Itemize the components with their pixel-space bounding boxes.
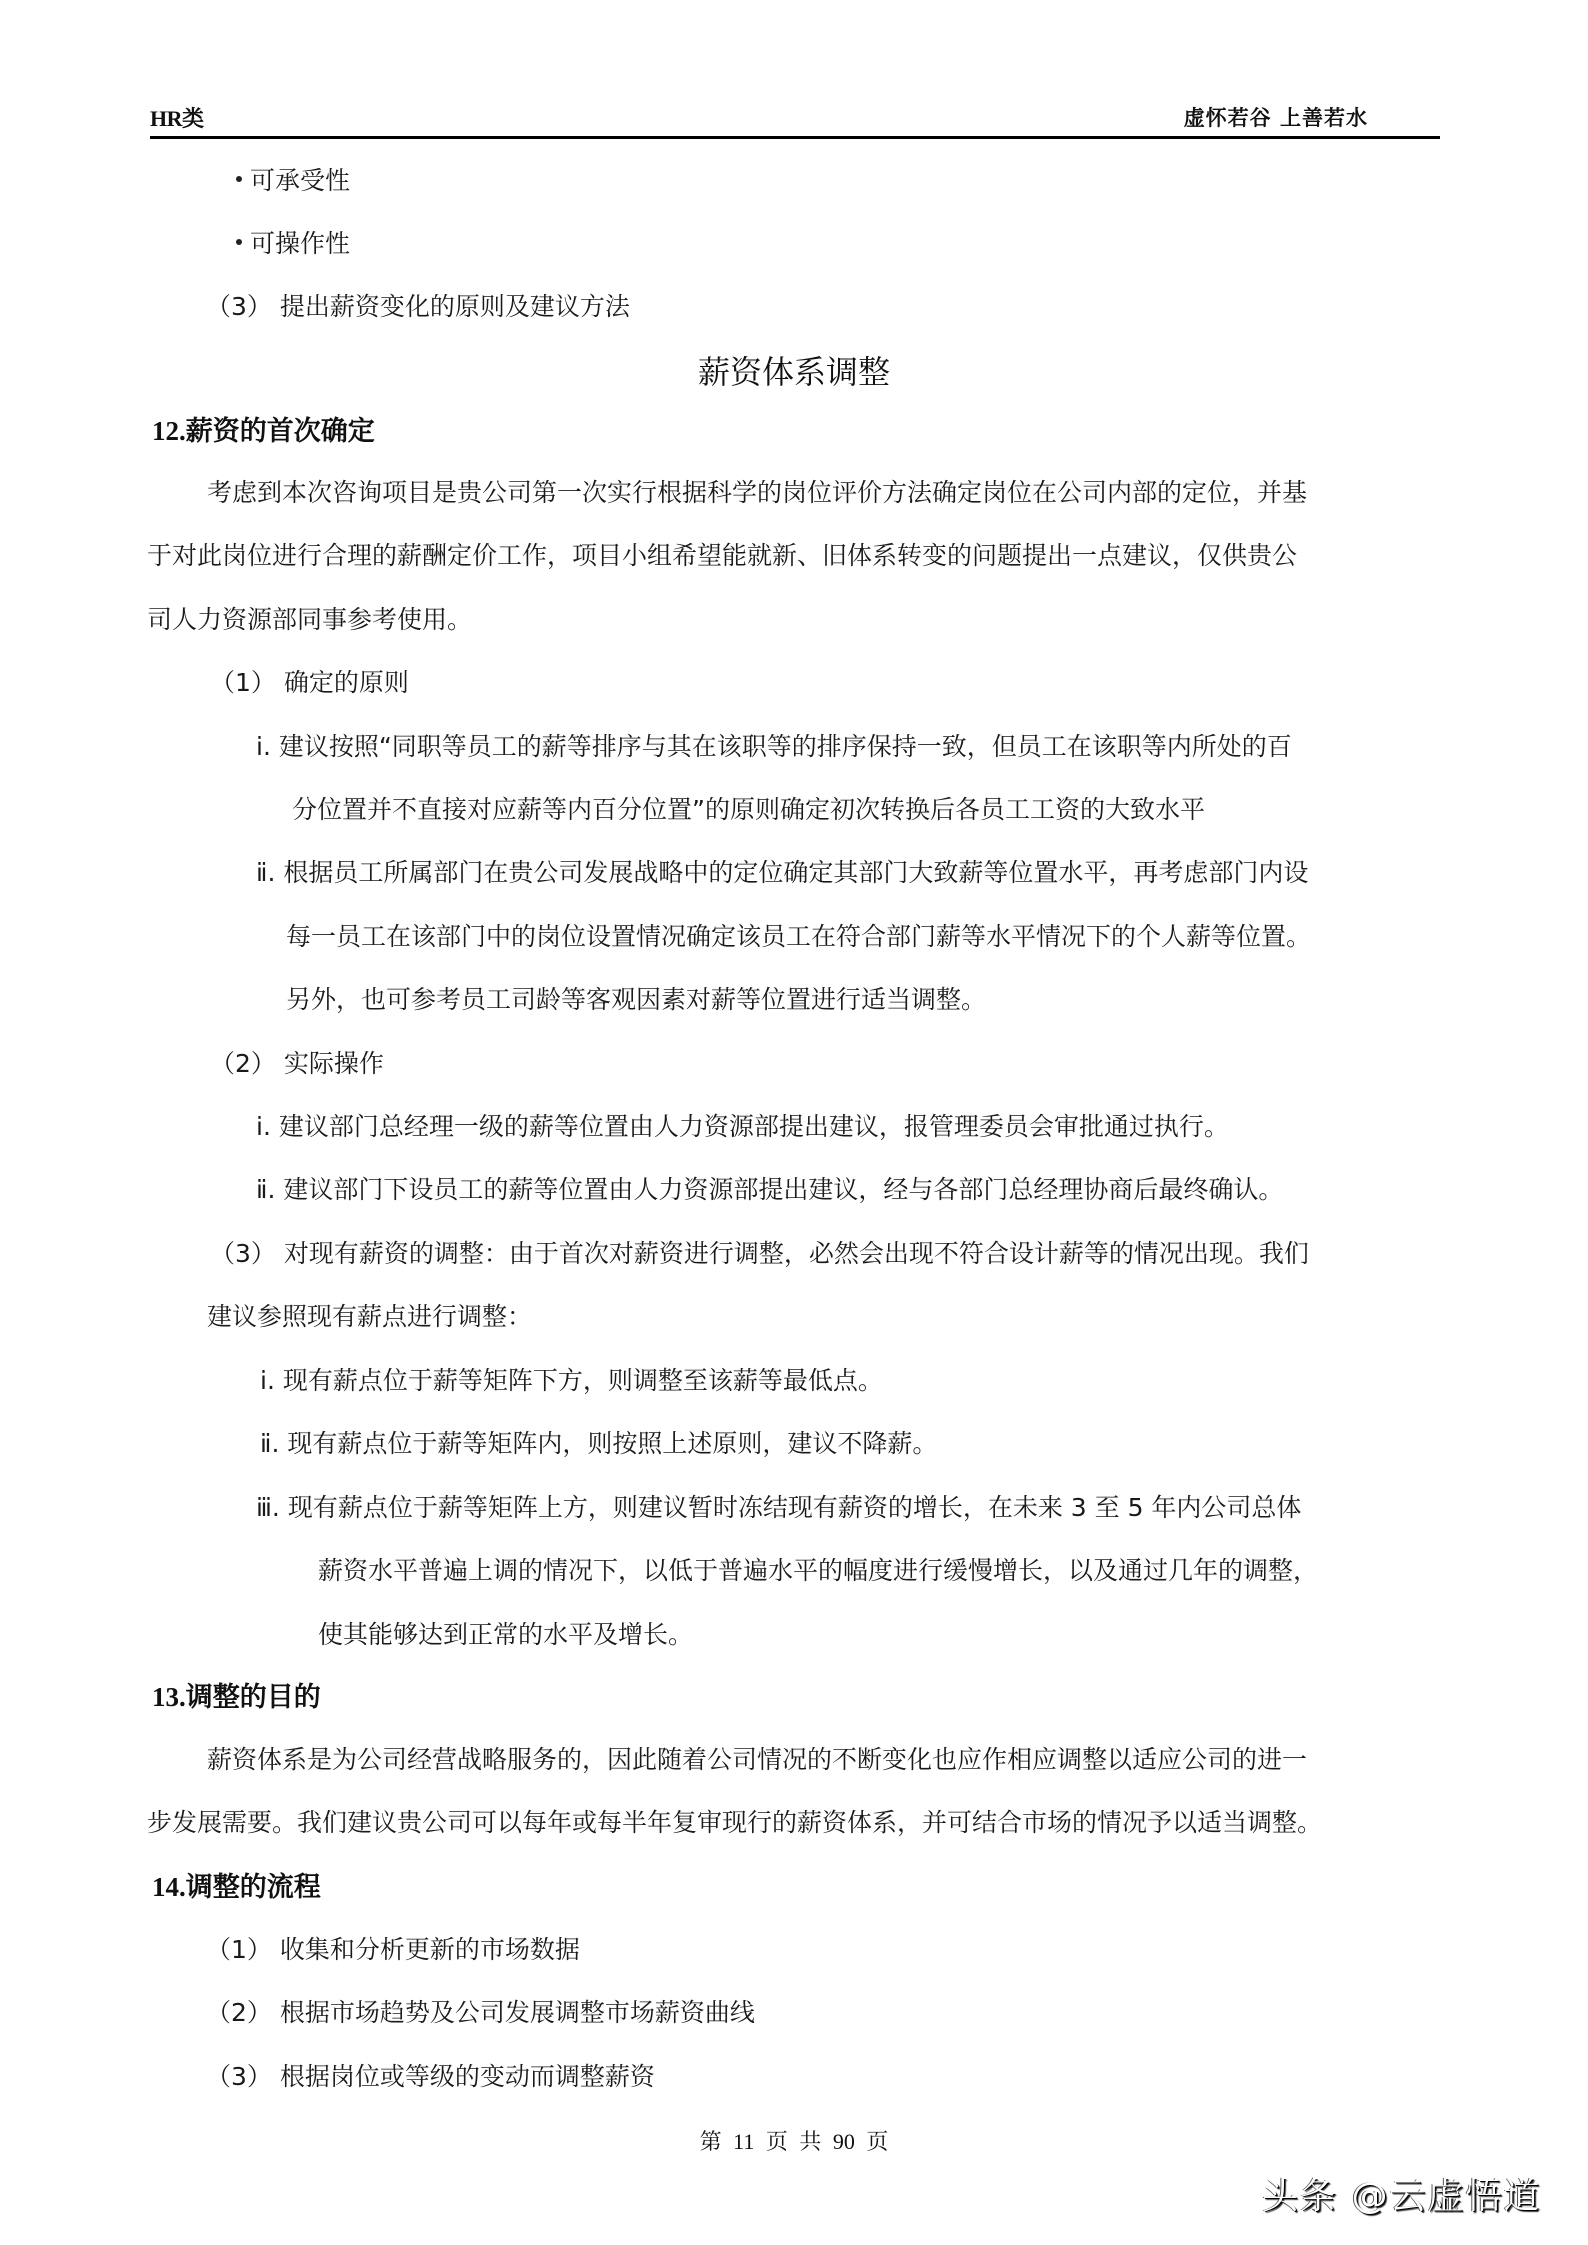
list-item-line: （1） 收集和分析更新的市场数据 (206, 1935, 580, 1965)
header-category: HR类 (150, 102, 204, 133)
paragraph-line: 于对此岗位进行合理的薪酬定价工作，项目小组希望能就新、旧体系转变的问题提出一点建… (147, 541, 1297, 571)
document-title: 薪资体系调整 (0, 352, 1588, 392)
paragraph-line: 步发展需要。我们建议贵公司可以每年或每半年复审现行的薪资体系，并可结合市场的情况… (147, 1808, 1322, 1838)
subsection-label: （1） 确定的原则 (210, 668, 409, 698)
list-item-line: ⅱ. 现有薪点位于薪等矩阵内，则按照上述原则，建议不降薪。 (260, 1429, 937, 1459)
list-item-line: ⅱ. 建议部门下设员工的薪等位置由人力资源部提出建议，经与各部门总经理协商后最终… (256, 1175, 1283, 1205)
list-item-line: 分位置并不直接对应薪等内百分位置”的原则确定初次转换后各员工工资的大致水平 (292, 795, 1205, 825)
section-heading-13: 13.调整的目的 (152, 1680, 321, 1715)
list-item-line: （2） 根据市场趋势及公司发展调整市场薪资曲线 (206, 1998, 755, 2028)
list-item-line: ⅰ. 建议部门总经理一级的薪等位置由人力资源部提出建议，报管理委员会审批通过执行… (256, 1112, 1229, 1142)
paragraph-line: 考虑到本次咨询项目是贵公司第一次实行根据科学的岗位评价方法确定岗位在公司内部的定… (207, 478, 1307, 508)
header-motto: 虚怀若谷 上善若水 (1184, 102, 1368, 132)
paragraph-line: 建议参照现有薪点进行调整： (207, 1302, 532, 1332)
list-item-line: ⅱ. 根据员工所属部门在贵公司发展战略中的定位确定其部门大致薪等位置水平，再考虑… (256, 858, 1308, 888)
section-heading-12: 12.薪资的首次确定 (152, 414, 375, 449)
list-item-line: 使其能够达到正常的水平及增长。 (318, 1620, 693, 1650)
bullet-icon (236, 239, 242, 245)
paragraph-line: 薪资体系是为公司经营战略服务的，因此随着公司情况的不断变化也应作相应调整以适应公… (207, 1745, 1307, 1775)
watermark: 头条 @云虚悟道 (1262, 2168, 1541, 2219)
list-item-line: （3） 根据岗位或等级的变动而调整薪资 (206, 2062, 655, 2092)
paragraph-line: （3） 对现有薪资的调整：由于首次对薪资进行调整，必然会出现不符合设计薪等的情况… (210, 1239, 1309, 1269)
list-item-line: 薪资水平普遍上调的情况下，以低于普遍水平的幅度进行缓慢增长，以及通过几年的调整， (318, 1556, 1318, 1586)
list-item-line: ⅰ. 建议按照“同职等员工的薪等排序与其在该职等的排序保持一致，但员工在该职等内… (256, 732, 1292, 762)
list-item-line: 每一员工在该部门中的岗位设置情况确定该员工在符合部门薪等水平情况下的个人薪等位置… (286, 922, 1311, 952)
section-heading-14: 14.调整的流程 (152, 1870, 321, 1905)
list-item-line: 另外，也可参考员工司龄等客观因素对薪等位置进行适当调整。 (286, 985, 986, 1015)
paragraph-line: 司人力资源部同事参考使用。 (147, 605, 472, 635)
page-header: HR类 虚怀若谷 上善若水 (150, 100, 1440, 138)
bullet-item: 可承受性 (236, 166, 350, 196)
bullet-icon (236, 176, 242, 182)
page-number: 第 11 页 共 90 页 (0, 2125, 1588, 2156)
subsection-label: （2） 实际操作 (210, 1049, 384, 1079)
list-item-line: ⅰ. 现有薪点位于薪等矩阵下方，则调整至该薪等最低点。 (260, 1366, 883, 1396)
numbered-item: （3） 提出薪资变化的原则及建议方法 (206, 292, 630, 322)
bullet-item: 可操作性 (236, 229, 350, 259)
document-page: HR类 虚怀若谷 上善若水 可承受性 可操作性 （3） 提出薪资变化的原则及建议… (0, 0, 1588, 2245)
list-item-line: ⅲ. 现有薪点位于薪等矩阵上方，则建议暂时冻结现有薪资的增长，在未来 3 至 5… (256, 1493, 1301, 1523)
header-divider (150, 136, 1440, 139)
